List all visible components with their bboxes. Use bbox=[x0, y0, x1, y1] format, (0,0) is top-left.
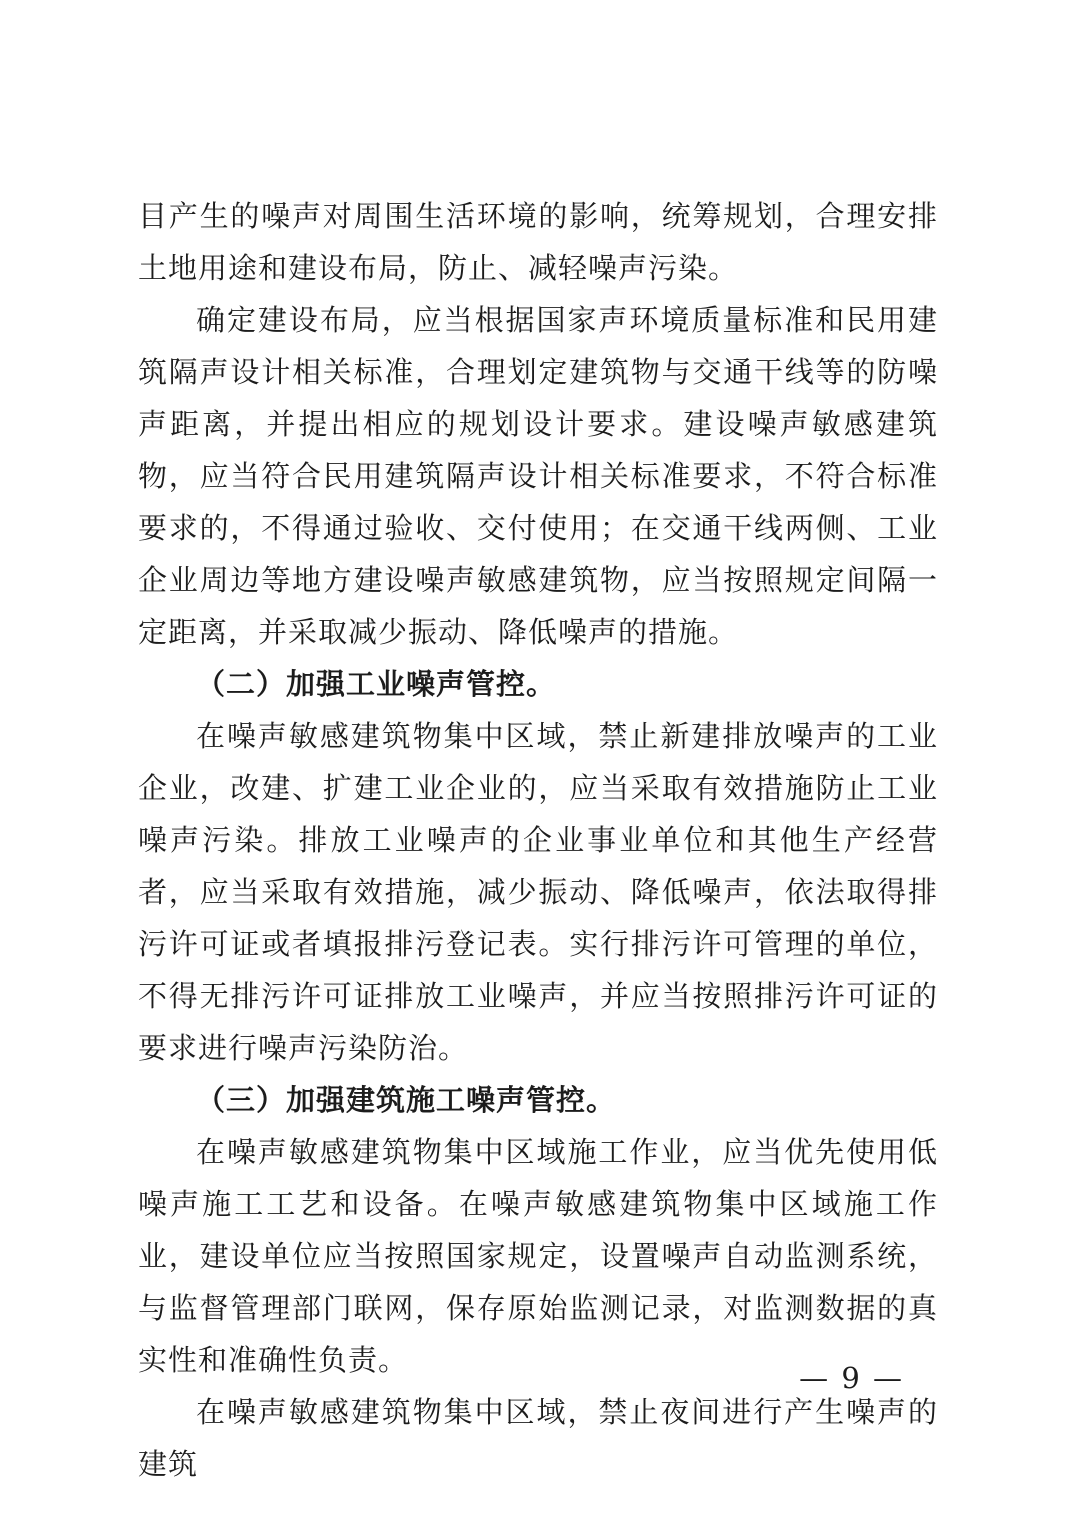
paragraph: 确定建设布局，应当根据国家声环境质量标准和民用建筑隔声设计相关标准，合理划定建筑… bbox=[138, 294, 938, 658]
section-heading-2: （二）加强工业噪声管控。 bbox=[138, 658, 938, 710]
paragraph-continuation: 目产生的噪声对周围生活环境的影响，统筹规划，合理安排土地用途和建设布局，防止、减… bbox=[138, 190, 938, 294]
document-page: 目产生的噪声对周围生活环境的影响，统筹规划，合理安排土地用途和建设布局，防止、减… bbox=[0, 0, 1074, 1520]
section-heading-3: （三）加强建筑施工噪声管控。 bbox=[138, 1074, 938, 1126]
paragraph: 在噪声敏感建筑物集中区域，禁止新建排放噪声的工业企业，改建、扩建工业企业的，应当… bbox=[138, 710, 938, 1074]
paragraph: 在噪声敏感建筑物集中区域施工作业，应当优先使用低噪声施工工艺和设备。在噪声敏感建… bbox=[138, 1126, 938, 1386]
paragraph: 在噪声敏感建筑物集中区域，禁止夜间进行产生噪声的建筑 bbox=[138, 1386, 938, 1490]
page-number-label: — 9 — bbox=[799, 1361, 904, 1395]
page-number: — 9 — bbox=[799, 1360, 904, 1396]
document-body: 目产生的噪声对周围生活环境的影响，统筹规划，合理安排土地用途和建设布局，防止、减… bbox=[138, 190, 938, 1490]
